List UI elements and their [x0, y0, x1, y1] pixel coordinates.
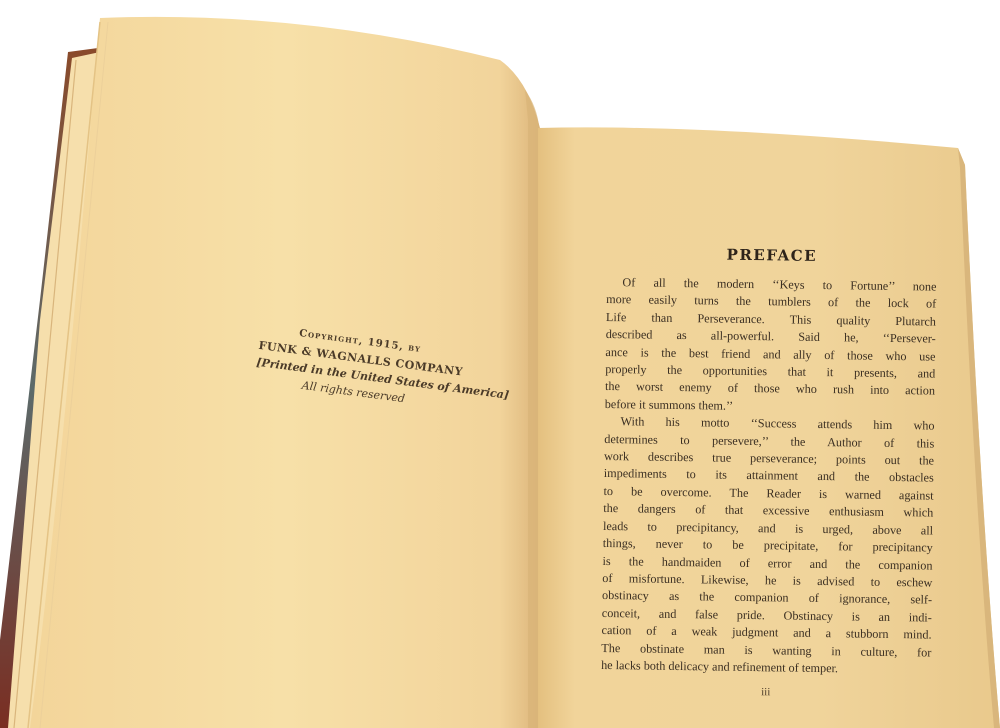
- preface-section: PREFACE Of all the modern ‘‘Keys to Fort…: [601, 244, 937, 701]
- preface-paragraph-1: Of all the modern ‘‘Keys to Fortune’’ no…: [605, 274, 937, 418]
- preface-paragraph-2: With his motto ‘‘Success attends him who…: [601, 413, 935, 679]
- preface-title: PREFACE: [607, 244, 937, 267]
